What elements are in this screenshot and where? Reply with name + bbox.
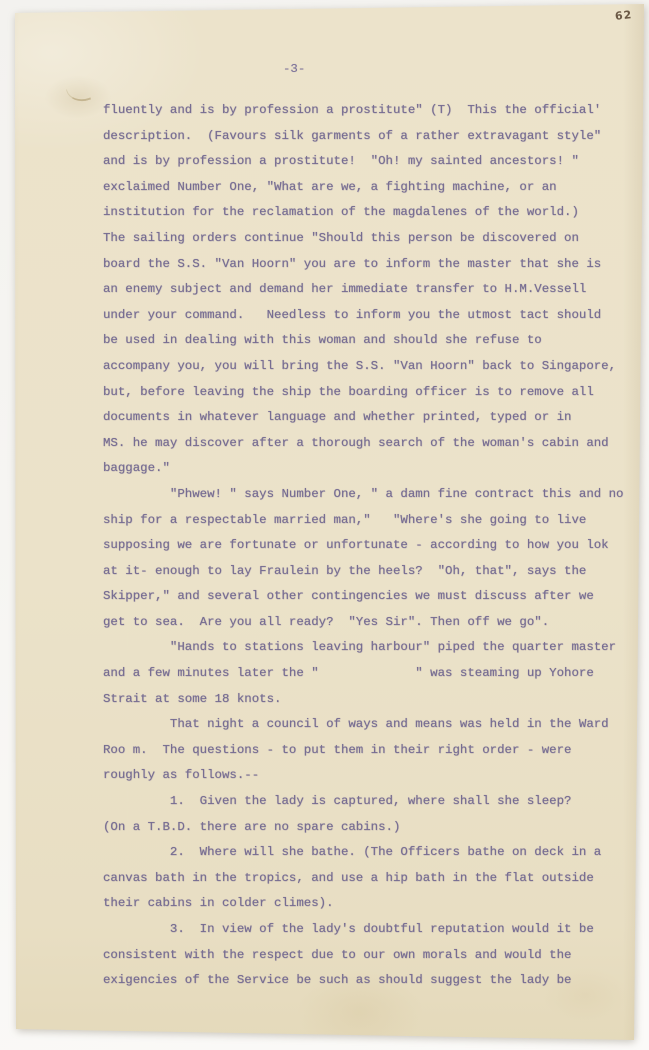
text-line: board the S.S. "Van Hoorn" you are to in… [103,252,638,278]
text-line: The sailing orders continue "Should this… [103,226,638,252]
text-line: roughly as follows.-- [103,763,638,789]
text-line: documents in whatever language and wheth… [103,405,638,431]
text-line: Skipper," and several other contingencie… [103,584,638,610]
text-line: but, before leaving the ship the boardin… [103,380,638,406]
page-number: -3- [283,62,305,76]
text-line: That night a council of ways and means w… [103,712,638,738]
text-line: exclaimed Number One, "What are we, a fi… [103,175,638,201]
text-line: at it- enough to lay Fraulein by the hee… [103,559,638,585]
text-line: MS. he may discover after a thorough sea… [103,431,638,457]
text-line: description. (Favours silk garments of a… [103,124,638,150]
text-line: ship for a respectable married man," "Wh… [103,508,638,534]
text-line: get to sea. Are you all ready? "Yes Sir"… [103,610,638,636]
text-line: and a few minutes later the " " was stea… [103,661,638,687]
text-line: "Phwew! " says Number One, " a damn fine… [103,482,638,508]
text-line: institution for the reclamation of the m… [103,200,638,226]
text-line: their cabins in colder climes). [103,891,638,917]
text-line: Strait at some 18 knots. [103,687,638,713]
text-line: consistent with the respect due to our o… [103,943,638,969]
text-line: 2. Where will she bathe. (The Officers b… [103,840,638,866]
text-line: and is by profession a prostitute! "Oh! … [103,149,638,175]
text-line: baggage." [103,456,638,482]
text-line: exigencies of the Service be such as sho… [103,968,638,994]
typewritten-text-block: fluently and is by profession a prostitu… [103,98,638,994]
photo-backdrop: 62 -3- fluently and is by profession a p… [0,0,649,1050]
text-line: (On a T.B.D. there are no spare cabins.) [103,815,638,841]
text-line: fluently and is by profession a prostitu… [103,98,638,124]
text-line: be used in dealing with this woman and s… [103,328,638,354]
text-line: under your command. Needless to inform y… [103,303,638,329]
text-line: an enemy subject and demand her immediat… [103,277,638,303]
text-line: 1. Given the lady is captured, where sha… [103,789,638,815]
text-line: 3. In view of the lady's doubtful reputa… [103,917,638,943]
text-line: canvas bath in the tropics, and use a hi… [103,866,638,892]
text-line: accompany you, you will bring the S.S. "… [103,354,638,380]
text-line: Roo m. The questions - to put them in th… [103,738,638,764]
handwritten-folio-number: 62 [614,8,633,23]
text-line: "Hands to stations leaving harbour" pipe… [103,635,638,661]
paper-crease-mark [66,83,91,106]
text-line: supposing we are fortunate or unfortunat… [103,533,638,559]
